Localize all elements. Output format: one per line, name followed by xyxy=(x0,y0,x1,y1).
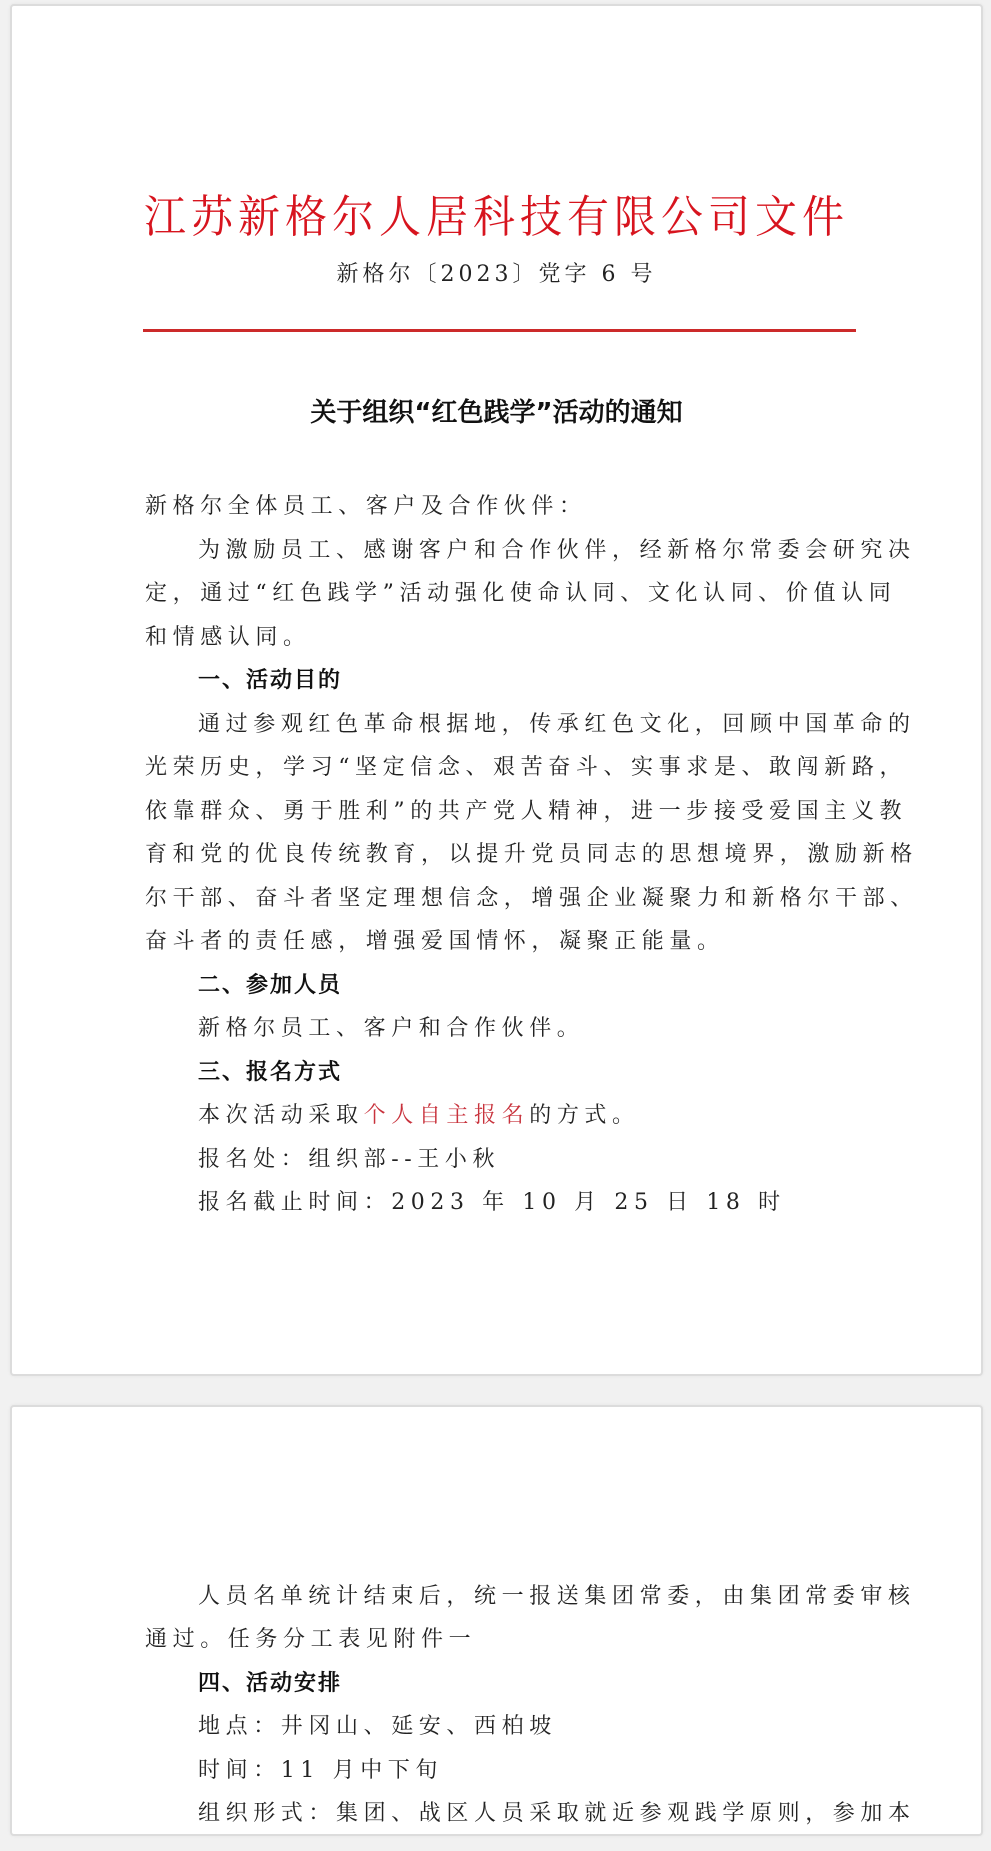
section-heading-registration: 三、报名方式 xyxy=(198,1058,342,1088)
document-header: 江苏新格尔人居科技有限公司文件 xyxy=(12,183,981,246)
arrangement-time: 时间：11 月中下旬 xyxy=(198,1756,443,1786)
registration-location: 报名处：组织部--王小秋 xyxy=(198,1145,500,1175)
continuation-line: 通过。任务分工表见附件一 xyxy=(145,1625,476,1655)
greeting: 新格尔全体员工、客户及合作伙伴： xyxy=(145,492,587,522)
registration-method-suffix: 的方式。 xyxy=(529,1103,639,1128)
continuation-line: 人员名单统计结束后，统一报送集团常委，由集团常委审核 xyxy=(198,1582,916,1612)
header-red-rule xyxy=(143,329,856,332)
purpose-line: 育和党的优良传统教育，以提升党员同志的思想境界，激励新格 xyxy=(145,840,918,870)
registration-deadline: 报名截止时间：2023 年 10 月 25 日 18 时 xyxy=(198,1188,786,1218)
purpose-line: 光荣历史，学习“坚定信念、艰苦奋斗、实事求是、敢闯新路， xyxy=(145,753,907,783)
intro-line: 定，通过“红色践学”活动强化使命认同、文化认同、价值认同 xyxy=(145,579,896,609)
section-heading-arrangement: 四、活动安排 xyxy=(198,1669,342,1699)
document-page-1: 江苏新格尔人居科技有限公司文件 新格尔〔2023〕党字 6 号 关于组织“红色践… xyxy=(10,4,983,1376)
purpose-line: 奋斗者的责任感，增强爱国情怀，凝聚正能量。 xyxy=(145,927,725,957)
arrangement-place: 地点：井冈山、延安、西柏坡 xyxy=(198,1712,557,1742)
notice-title: 关于组织“红色践学”活动的通知 xyxy=(12,392,981,429)
registration-method-highlight: 个人自主报名 xyxy=(364,1103,530,1128)
registration-method: 本次活动采取个人自主报名的方式。 xyxy=(198,1101,640,1131)
section-heading-purpose: 一、活动目的 xyxy=(198,666,342,696)
purpose-line: 尔干部、奋斗者坚定理想信念，增强企业凝聚力和新格尔干部、 xyxy=(145,884,918,914)
arrangement-form: 组织形式：集团、战区人员采取就近参观践学原则，参加本 xyxy=(198,1799,916,1829)
participants-line: 新格尔员工、客户和合作伙伴。 xyxy=(198,1014,584,1044)
section-heading-participants: 二、参加人员 xyxy=(198,971,342,1001)
purpose-line: 依靠群众、勇于胜利”的共产党人精神，进一步接受爱国主义教 xyxy=(145,797,907,827)
registration-method-prefix: 本次活动采取 xyxy=(198,1103,364,1128)
intro-line: 和情感认同。 xyxy=(145,623,311,653)
document-number: 新格尔〔2023〕党字 6 号 xyxy=(12,257,981,288)
intro-line: 为激励员工、感谢客户和合作伙伴，经新格尔常委会研究决 xyxy=(198,536,916,566)
document-page-2: 人员名单统计结束后，统一报送集团常委，由集团常委审核 通过。任务分工表见附件一 … xyxy=(10,1405,983,1836)
purpose-line: 通过参观红色革命根据地，传承红色文化，回顾中国革命的 xyxy=(198,710,916,740)
